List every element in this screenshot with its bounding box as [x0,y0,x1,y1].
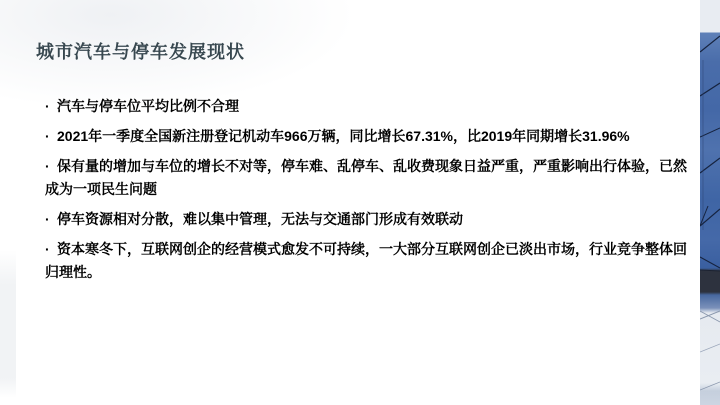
left-edge-tint [0,0,16,405]
bullet-item: ·停车资源相对分散，难以集中管理，无法与交通部门形成有效联动 [45,208,695,231]
bullet-marker: · [45,208,57,231]
bullet-marker: · [45,125,57,148]
bullet-item: ·保有量的增加与车位的增长不对等，停车难、乱停车、乱收费现象日益严重，严重影响出… [45,155,695,201]
bullet-marker: · [45,95,57,118]
bullet-text: 资本寒冬下，互联网创企的经营模式愈发不可持续，一大部分互联网创企已淡出市场，行业… [45,241,687,280]
bullet-item: ·2021年一季度全国新注册登记机动车966万辆，同比增长67.31%，比201… [45,125,695,148]
slide: 城市汽车与停车发展现状 ·汽车与停车位平均比例不合理 ·2021年一季度全国新注… [0,0,720,405]
building-facet-lines [700,0,720,405]
bullet-text: 汽车与停车位平均比例不合理 [57,98,239,114]
building-photo-strip [700,0,720,405]
bullet-list: ·汽车与停车位平均比例不合理 ·2021年一季度全国新注册登记机动车966万辆，… [45,95,695,291]
bullet-text: 2021年一季度全国新注册登记机动车966万辆，同比增长67.31%，比2019… [57,128,630,144]
page-title: 城市汽车与停车发展现状 [36,38,245,64]
bullet-item: ·资本寒冬下，互联网创企的经营模式愈发不可持续，一大部分互联网创企已淡出市场，行… [45,238,695,284]
bullet-text: 保有量的增加与车位的增长不对等，停车难、乱停车、乱收费现象日益严重，严重影响出行… [45,158,687,197]
bullet-marker: · [45,155,57,178]
bullet-text: 停车资源相对分散，难以集中管理，无法与交通部门形成有效联动 [57,211,463,227]
bullet-item: ·汽车与停车位平均比例不合理 [45,95,695,118]
bullet-marker: · [45,238,57,261]
